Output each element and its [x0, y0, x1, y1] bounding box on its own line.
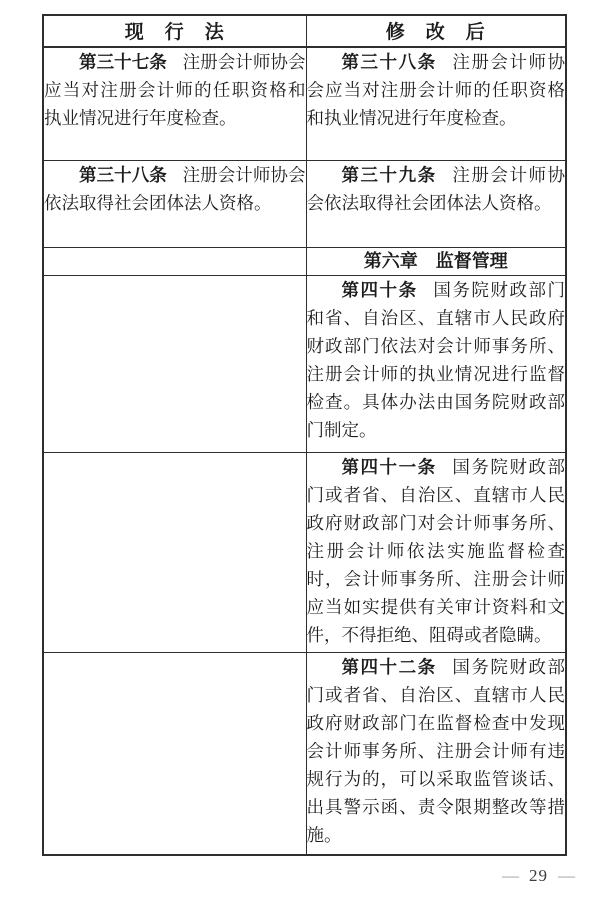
cell-amended-article-39: 第三十九条注册会计师协会依法取得社会团体法人资格。: [306, 160, 566, 247]
cell-amended-article-42: 第四十二条国务院财政部门或者省、自治区、直辖市人民政府财政部门在监督检查中发现会…: [306, 652, 566, 855]
table-row: 第四十二条国务院财政部门或者省、自治区、直辖市人民政府财政部门在监督检查中发现会…: [43, 652, 566, 855]
cell-current-law-article-38: 第三十八条注册会计师协会依法取得社会团体法人资格。: [43, 160, 306, 247]
column-header-amended: 修 改 后: [306, 15, 566, 47]
table-row: 第六章 监督管理: [43, 247, 566, 275]
cell-chapter-heading: 第六章 监督管理: [306, 247, 566, 275]
article-paragraph: 第三十八条注册会计师协会应当对注册会计师的任职资格和执业情况进行年度检查。: [307, 48, 566, 132]
cell-amended-article-41: 第四十一条国务院财政部门或者省、自治区、直辖市人民政府财政部门对会计师事务所、注…: [306, 452, 566, 652]
column-header-current-law: 现 行 法: [43, 15, 306, 47]
footer-left-dash: —: [502, 866, 519, 885]
article-text: 国务院财政部门或者省、自治区、直辖市人民政府财政部门对会计师事务所、注册会计师依…: [307, 457, 566, 645]
cell-current-law-article-37: 第三十七条注册会计师协会应当对注册会计师的任职资格和执业情况进行年度检查。: [43, 47, 306, 160]
article-paragraph: 第四十条国务院财政部门和省、自治区、直辖市人民政府财政部门依法对会计师事务所、注…: [307, 276, 566, 444]
law-comparison-table: 现 行 法 修 改 后 第三十七条注册会计师协会应当对注册会计师的任职资格和执业…: [42, 14, 567, 856]
cell-empty: [43, 652, 306, 855]
article-number: 第三十八条: [79, 165, 167, 185]
cell-empty: [43, 247, 306, 275]
article-number: 第三十八条: [342, 52, 437, 72]
article-number: 第三十七条: [79, 52, 167, 72]
chapter-heading: 第六章 监督管理: [364, 251, 508, 271]
table-row: 第四十一条国务院财政部门或者省、自治区、直辖市人民政府财政部门对会计师事务所、注…: [43, 452, 566, 652]
article-paragraph: 第三十八条注册会计师协会依法取得社会团体法人资格。: [44, 161, 306, 217]
article-paragraph: 第三十九条注册会计师协会依法取得社会团体法人资格。: [307, 161, 566, 217]
table-row: 第三十八条注册会计师协会依法取得社会团体法人资格。 第三十九条注册会计师协会依法…: [43, 160, 566, 247]
article-paragraph: 第三十七条注册会计师协会应当对注册会计师的任职资格和执业情况进行年度检查。: [44, 48, 306, 132]
article-text: 国务院财政部门和省、自治区、直辖市人民政府财政部门依法对会计师事务所、注册会计师…: [307, 280, 566, 440]
article-text: 国务院财政部门或者省、自治区、直辖市人民政府财政部门在监督检查中发现会计师事务所…: [307, 657, 566, 845]
article-number: 第三十九条: [342, 165, 437, 185]
footer-right-dash: —: [558, 866, 575, 885]
article-number: 第四十二条: [342, 657, 437, 677]
cell-empty: [43, 452, 306, 652]
article-number: 第四十一条: [342, 457, 437, 477]
page-number-footer: —29—: [502, 866, 575, 886]
table-header-row: 现 行 法 修 改 后: [43, 15, 566, 47]
article-paragraph: 第四十二条国务院财政部门或者省、自治区、直辖市人民政府财政部门在监督检查中发现会…: [307, 653, 566, 849]
article-paragraph: 第四十一条国务院财政部门或者省、自治区、直辖市人民政府财政部门对会计师事务所、注…: [307, 453, 566, 649]
document-page: 现 行 法 修 改 后 第三十七条注册会计师协会应当对注册会计师的任职资格和执业…: [0, 0, 609, 900]
table-row: 第三十七条注册会计师协会应当对注册会计师的任职资格和执业情况进行年度检查。 第三…: [43, 47, 566, 160]
page-number: 29: [529, 866, 548, 885]
cell-amended-article-40: 第四十条国务院财政部门和省、自治区、直辖市人民政府财政部门依法对会计师事务所、注…: [306, 275, 566, 452]
article-number: 第四十条: [342, 280, 418, 300]
cell-amended-article-38: 第三十八条注册会计师协会应当对注册会计师的任职资格和执业情况进行年度检查。: [306, 47, 566, 160]
cell-empty: [43, 275, 306, 452]
table-row: 第四十条国务院财政部门和省、自治区、直辖市人民政府财政部门依法对会计师事务所、注…: [43, 275, 566, 452]
